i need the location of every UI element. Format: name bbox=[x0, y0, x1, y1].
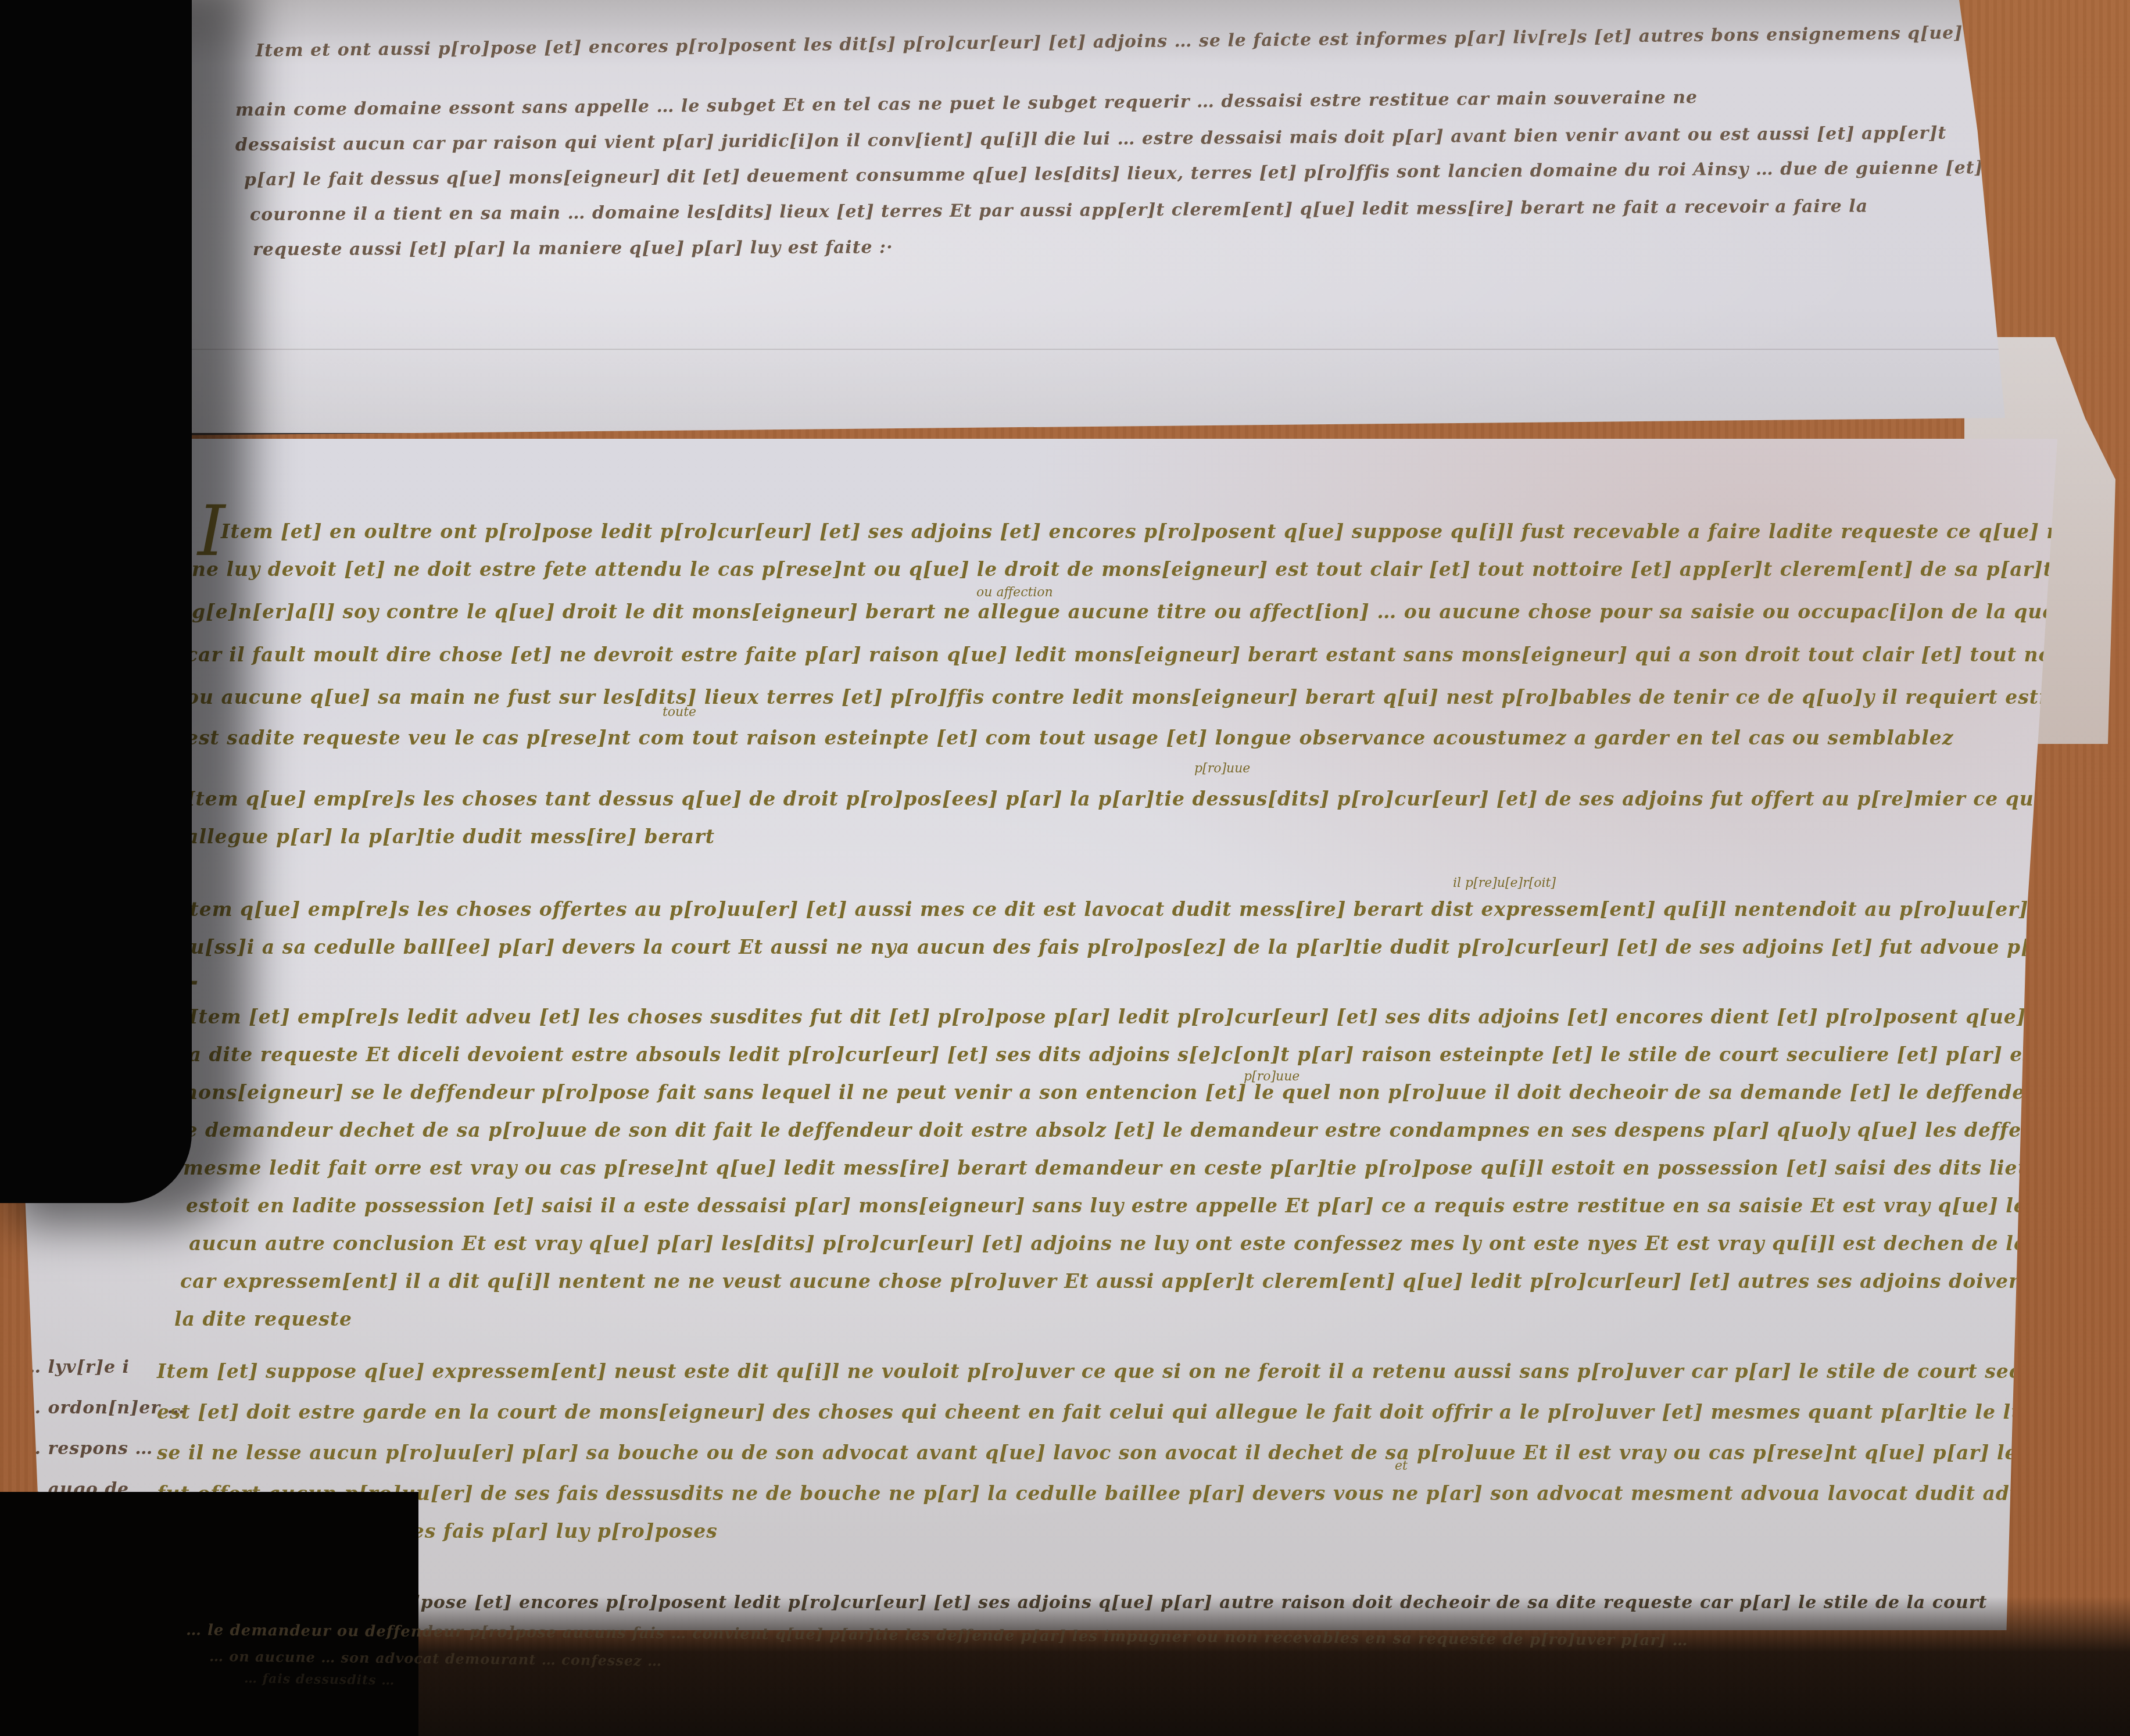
text-line: car expressem[ent] il a dit qu[i]l nente… bbox=[180, 1270, 2130, 1293]
text-line: allegue p[ar] la p[ar]tie dudit mess[ire… bbox=[186, 825, 715, 848]
flap-line: requeste aussi [et] p[ar] la maniere q[u… bbox=[253, 237, 893, 260]
flap-line: dessaisist aucun car par raison qui vien… bbox=[235, 123, 1947, 155]
interlinear-correction: il p[re]u[e]r[oit] bbox=[1453, 876, 1556, 890]
text-line: car il fault moult dire chose [et] ne de… bbox=[186, 643, 2130, 666]
text-line: Item [et] suppose q[ue] expressem[ent] n… bbox=[157, 1360, 2130, 1383]
margin-note: … ordon[n]er … bbox=[23, 1398, 185, 1418]
text-line: est [et] doit estre garde en la court de… bbox=[157, 1401, 2104, 1423]
text-line: mons[eigneur] se le deffendeur p[ro]pose… bbox=[177, 1081, 2130, 1104]
interlinear-correction: toute bbox=[663, 705, 696, 720]
margin-note: … respons … bbox=[23, 1438, 153, 1459]
text-line: g[e]n[er]a[l] soy contre le q[ue] droit … bbox=[192, 600, 2130, 623]
text-line: ne luy devoit [et] ne doit estre fete at… bbox=[192, 558, 2130, 581]
text-line: est sadite requeste veu le cas p[rese]nt… bbox=[186, 726, 1953, 749]
text-line: estoit en ladite possession [et] saisi i… bbox=[186, 1194, 2130, 1217]
dark-object-bottom-left bbox=[0, 1492, 418, 1736]
text-line: sa dite requeste Et diceli devoient estr… bbox=[177, 1043, 2130, 1066]
text-line: la dite requeste bbox=[174, 1308, 352, 1330]
interlinear-correction: p[ro]uue bbox=[1194, 761, 1250, 776]
interlinear-correction: et bbox=[1395, 1459, 1408, 1473]
text-line: aucun autre conclusion Et est vray q[ue]… bbox=[189, 1232, 2130, 1255]
text-line: fut offert aucun p[ro]uu[er] de ses fais… bbox=[157, 1482, 2130, 1505]
interlinear-correction: ou affection bbox=[976, 585, 1053, 600]
text-line: Item q[ue] emp[re]s les choses tant dess… bbox=[186, 788, 2130, 810]
text-line: au[ss]i a sa cedulle ball[ee] p[ar] deve… bbox=[177, 936, 2130, 958]
text-line: Item [et] emp[re]s ledit adveu [et] les … bbox=[189, 1005, 2130, 1028]
text-line: se il ne lesse aucun p[ro]uu[er] p[ar] s… bbox=[157, 1441, 2130, 1464]
fold-crease bbox=[169, 349, 2005, 350]
flap-line: couronne il a tient en sa main … domaine… bbox=[250, 196, 1868, 225]
parchment-top-flap: Item et ont aussi p[ro]pose [et] encores… bbox=[169, 0, 2005, 435]
margin-note: … lyv[r]e i bbox=[23, 1357, 130, 1377]
parchment-main-sheet: I Item [et] en oultre ont p[ro]pose ledi… bbox=[23, 439, 2057, 1630]
flap-line: Item et ont aussi p[ro]pose [et] encores… bbox=[256, 19, 2130, 61]
text-line: Item [et] en oultre ont p[ro]pose ledit … bbox=[221, 520, 2130, 543]
text-line: le demandeur dechet de sa p[ro]uue de so… bbox=[177, 1119, 2130, 1141]
flap-line: main come domaine essont sans appelle … … bbox=[235, 87, 1698, 120]
flap-line: p[ar] le fait dessus q[ue] mons[eigneur]… bbox=[244, 157, 2096, 190]
text-line: ou aucune q[ue] sa main ne fust sur les[… bbox=[186, 686, 2130, 708]
text-line: mesme ledit fait orre est vray ou cas p[… bbox=[183, 1157, 2130, 1179]
dark-shadow-left bbox=[0, 0, 192, 1203]
text-line: Item q[ue] emp[re]s les choses offertes … bbox=[180, 898, 2130, 921]
